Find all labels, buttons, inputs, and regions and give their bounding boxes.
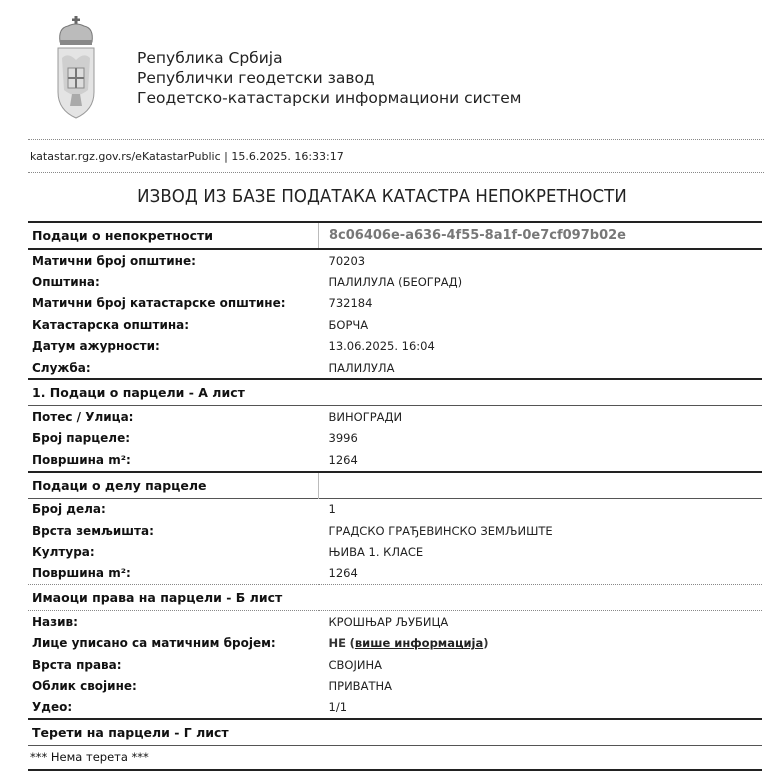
row-label: Општина:	[28, 271, 319, 292]
row-value: ГРАДСКО ГРАЂЕВИНСКО ЗЕМЉИШТЕ	[319, 520, 763, 541]
row-label: Култура:	[28, 541, 319, 562]
row-label: Број дела:	[28, 498, 319, 520]
more-info-link[interactable]: више информација	[355, 636, 483, 650]
section-parcel-part-header: Подаци о делу парцеле	[28, 472, 762, 499]
row-value: 1	[319, 498, 763, 520]
section-heading: Терети на парцели - Г лист	[28, 719, 762, 746]
source-url: katastar.rgz.gov.rs/eKatastarPublic	[30, 150, 221, 163]
row-value: 13.06.2025. 16:04	[319, 336, 763, 357]
property-id: 8c06406e-a636-4f55-8a1f-0e7cf097b02e	[319, 222, 763, 249]
table-row: Број дела: 1	[28, 498, 762, 520]
table-row: Број парцеле: 3996	[28, 428, 762, 449]
divider	[28, 769, 762, 771]
table-row: Потес / Улица: ВИНОГРАДИ	[28, 406, 762, 428]
table-row: Површина m²: 1264	[28, 449, 762, 471]
section-heading: Имаоци права на парцели - Б лист	[28, 585, 762, 611]
row-value: ПАЛИЛУЛА (БЕОГРАД)	[319, 271, 763, 292]
row-label: Врста права:	[28, 654, 319, 675]
no-encumbrances-note: *** Нема терета ***	[28, 746, 762, 768]
row-value: СВОЈИНА	[319, 654, 763, 675]
row-label: Облик својине:	[28, 675, 319, 696]
org-line-agency: Републички геодетски завод	[137, 68, 521, 88]
section-property-header: Подаци о непокретности 8c06406e-a636-4f5…	[28, 222, 762, 249]
table-row: Катастарска општина: БОРЧА	[28, 314, 762, 335]
row-value: 1264	[319, 449, 763, 471]
table-row: Назив: КРОШЊАР ЉУБИЦА	[28, 611, 762, 633]
source-separator: |	[224, 150, 228, 163]
row-value: 3996	[319, 428, 763, 449]
section-owners-header: Имаоци права на парцели - Б лист	[28, 585, 762, 611]
row-value: БОРЧА	[319, 314, 763, 335]
row-value: ПРИВАТНА	[319, 675, 763, 696]
row-label: Површина m²:	[28, 563, 319, 585]
source-timestamp: 15.6.2025. 16:33:17	[231, 150, 343, 163]
row-label: Број парцеле:	[28, 428, 319, 449]
section-heading: Подаци о непокретности	[28, 222, 319, 249]
row-label: Површина m²:	[28, 449, 319, 471]
table-row: Врста права: СВОЈИНА	[28, 654, 762, 675]
cadastre-table: Подаци о непокретности 8c06406e-a636-4f5…	[28, 221, 762, 767]
section-heading: 1. Подаци о парцели - А лист	[28, 379, 762, 406]
row-value: 1/1	[319, 697, 763, 719]
org-line-country: Република Србија	[137, 48, 521, 68]
row-label: Матични број општине:	[28, 249, 319, 271]
source-line: katastar.rgz.gov.rs/eKatastarPublic | 15…	[30, 150, 344, 163]
row-value: ВИНОГРАДИ	[319, 406, 763, 428]
table-row: Удео: 1/1	[28, 697, 762, 719]
row-label: Врста земљишта:	[28, 520, 319, 541]
section-parcel-header: 1. Подаци о парцели - А лист	[28, 379, 762, 406]
table-row: Врста земљишта: ГРАДСКО ГРАЂЕВИНСКО ЗЕМЉ…	[28, 520, 762, 541]
divider	[28, 172, 764, 173]
registered-value: НЕ (више информација)	[319, 632, 763, 653]
section-heading: Подаци о делу парцеле	[28, 472, 319, 499]
table-row: Матични број катастарске општине: 732184	[28, 293, 762, 314]
owner-name: КРОШЊАР ЉУБИЦА	[319, 611, 763, 633]
section-encumbrances-header: Терети на парцели - Г лист	[28, 719, 762, 746]
row-label: Служба:	[28, 357, 319, 379]
table-row: Служба: ПАЛИЛУЛА	[28, 357, 762, 379]
table-row: Лице уписано са матичним бројем: НЕ (виш…	[28, 632, 762, 653]
row-label: Назив:	[28, 611, 319, 633]
row-label: Датум ажурности:	[28, 336, 319, 357]
table-row: *** Нема терета ***	[28, 746, 762, 768]
row-value: 1264	[319, 563, 763, 585]
table-row: Површина m²: 1264	[28, 563, 762, 585]
org-line-system: Геодетско-катастарски информациони систе…	[137, 88, 521, 108]
divider	[28, 139, 764, 140]
row-label: Лице уписано са матичним бројем:	[28, 632, 319, 653]
table-row: Облик својине: ПРИВАТНА	[28, 675, 762, 696]
document-header: Република Србија Републички геодетски за…	[54, 14, 554, 124]
row-value: ЊИВА 1. КЛАСЕ	[319, 541, 763, 562]
table-row: Матични број општине: 70203	[28, 249, 762, 271]
document-title: ИЗВОД ИЗ БАЗЕ ПОДАТАКА КАТАСТРА НЕПОКРЕТ…	[31, 186, 734, 207]
row-label: Матични број катастарске општине:	[28, 293, 319, 314]
table-row: Датум ажурности: 13.06.2025. 16:04	[28, 336, 762, 357]
serbia-coat-of-arms-icon	[54, 14, 98, 120]
row-value: 70203	[319, 249, 763, 271]
table-row: Општина: ПАЛИЛУЛА (БЕОГРАД)	[28, 271, 762, 292]
row-value: ПАЛИЛУЛА	[319, 357, 763, 379]
row-label: Катастарска општина:	[28, 314, 319, 335]
row-label: Потес / Улица:	[28, 406, 319, 428]
table-row: Култура: ЊИВА 1. КЛАСЕ	[28, 541, 762, 562]
row-label: Удео:	[28, 697, 319, 719]
registered-flag: НЕ	[329, 636, 346, 650]
row-value: 732184	[319, 293, 763, 314]
